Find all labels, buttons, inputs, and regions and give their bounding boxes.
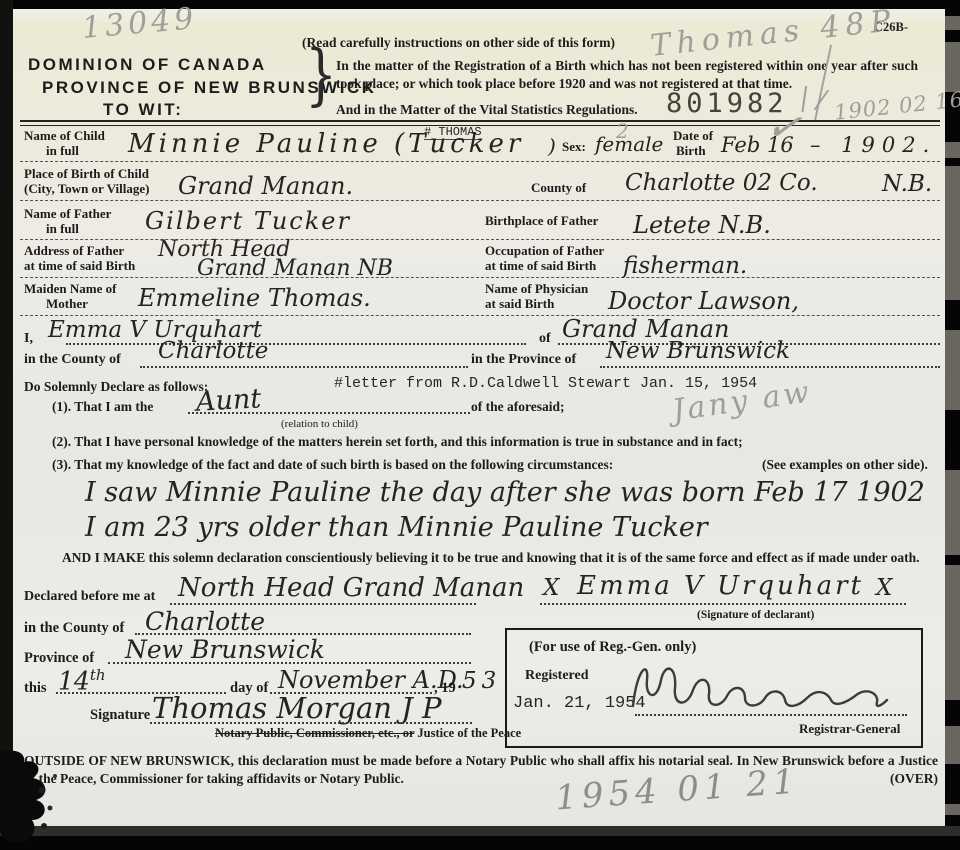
father-address-label2: at time of said Birth <box>24 258 135 274</box>
item3-text: (3). That my knowledge of the fact and d… <box>52 456 613 474</box>
of-label: of <box>539 331 551 347</box>
film-band <box>945 300 960 330</box>
over-label: (OVER) <box>890 770 938 788</box>
writing-line <box>170 603 476 605</box>
birthplace-value: Grand Manan. <box>178 172 353 200</box>
signature-x-right: X <box>876 575 892 601</box>
row-separator <box>20 161 940 162</box>
header-country: DOMINION OF CANADA <box>28 55 267 75</box>
writing-line <box>600 366 940 368</box>
father-occupation-label: Occupation of Father <box>485 243 604 259</box>
county-of-label: in the County of <box>24 352 121 368</box>
film-band <box>945 700 960 726</box>
item1-prefix: (1). That I am the <box>52 398 153 416</box>
circumstance-line1: I saw Minnie Pauline the day after she w… <box>85 477 925 508</box>
county-value2: N.B. <box>882 171 932 197</box>
matter-paragraph-2: And in the Matter of the Vital Statistic… <box>336 101 638 119</box>
registered-label: Registered <box>525 667 589 685</box>
officer-caption: Notary Public, Commissioner, etc., or Ju… <box>215 726 521 741</box>
county-value: Charlotte 02 Co. <box>625 170 818 196</box>
dob-label: Date of <box>673 128 713 144</box>
circumstance-line2: I am 23 yrs older than Minnie Pauline Tu… <box>85 512 708 543</box>
declared-before-label: Declared before me at <box>24 589 155 605</box>
jp-signature: Thomas Morgan J P <box>152 691 442 725</box>
father-birthplace-value: Letete N.B. <box>633 211 771 239</box>
film-edge-bottom-grey <box>0 826 960 836</box>
writing-line <box>635 714 907 716</box>
registrar-box: (For use of Reg.-Gen. only) Registered J… <box>505 628 923 748</box>
sex-value: female <box>595 132 663 156</box>
writing-line <box>66 343 526 345</box>
attest-province-value: New Brunswick <box>125 635 325 664</box>
this-label: this <box>24 680 47 697</box>
birthplace-label: Place of Birth of Child <box>24 166 149 182</box>
matter-paragraph-1: In the matter of the Registration of a B… <box>336 57 918 92</box>
ink-blot <box>0 746 74 850</box>
typed-reference: #letter from R.D.Caldwell Stewart Jan. 1… <box>334 375 757 392</box>
film-band <box>945 0 960 16</box>
oath-text: AND I MAKE this solemn declaration consc… <box>24 549 938 567</box>
signature-x-left: X <box>543 575 559 601</box>
day-value: 14th <box>58 666 106 695</box>
writing-line <box>108 662 471 664</box>
attest-province-label: Province of <box>24 650 94 667</box>
mother-name-label: Maiden Name of <box>24 281 116 297</box>
registrar-signature-scrawl <box>625 658 891 714</box>
child-name-label2: in full <box>46 143 79 159</box>
writing-line <box>188 412 470 414</box>
physician-value: Doctor Lawson, <box>608 287 799 315</box>
film-band <box>945 158 960 166</box>
sex-label: Sex: <box>562 139 586 155</box>
mother-name-value: Emmeline Thomas. <box>138 284 371 312</box>
header-to-wit: TO WIT: <box>103 100 183 120</box>
film-band <box>945 764 960 804</box>
brace-glyph: } <box>305 44 337 106</box>
declared-place-value: North Head Grand Manan <box>178 573 524 603</box>
read-note: (Read carefully instructions on other si… <box>302 34 615 52</box>
item2-text: (2). That I have personal knowledge of t… <box>52 433 743 451</box>
item3-note: (See examples on other side). <box>762 456 928 474</box>
film-edge-bottom <box>0 836 960 850</box>
father-occupation-label2: at time of said Birth <box>485 258 596 274</box>
attest-county-label: in the County of <box>24 620 124 637</box>
declarant-county-value: Charlotte <box>158 338 268 364</box>
father-birthplace-label: Birthplace of Father <box>485 213 598 229</box>
day-suffix: th <box>90 666 106 684</box>
film-band <box>945 410 960 470</box>
writing-line <box>140 366 468 368</box>
birth-registration-form-scan: 13049 DOMINION OF CANADA PROVINCE OF NEW… <box>0 0 960 850</box>
physician-label: Name of Physician <box>485 281 588 297</box>
row-separator <box>20 277 940 278</box>
reg-box-title: (For use of Reg.-Gen. only) <box>529 639 696 657</box>
province-of-label: in the Province of <box>471 352 576 368</box>
officer-caption-struck: Notary Public, Commissioner, etc., or <box>215 726 414 740</box>
footer-notice: OUTSIDE OF NEW BRUNSWICK, this declarati… <box>24 752 938 788</box>
row-separator <box>20 315 940 316</box>
registrar-general-caption: Registrar-General <box>799 720 900 738</box>
child-name-paren: ) <box>548 134 556 158</box>
father-name-value: Gilbert Tucker <box>145 207 351 235</box>
father-name-label: Name of Father <box>24 206 111 222</box>
i-label: I, <box>24 331 33 347</box>
item1-suffix: of the aforesaid; <box>471 398 565 416</box>
physician-label2: at said Birth <box>485 296 554 312</box>
writing-line <box>540 603 906 605</box>
child-name-value: Minnie Pauline (Tucker <box>128 129 524 159</box>
dob-label2: Birth <box>676 143 706 159</box>
declare-heading: Do Solemnly Declare as follows: <box>24 378 208 396</box>
signature-of-declarant-caption: (Signature of declarant) <box>697 609 814 621</box>
father-address-line2: Grand Manan NB <box>197 256 393 281</box>
film-band <box>945 30 960 42</box>
mother-name-label2: Mother <box>46 296 88 312</box>
writing-line <box>150 722 472 724</box>
father-occupation-value: fisherman. <box>623 253 747 279</box>
film-edge-right <box>945 0 960 850</box>
signature-label: Signature <box>90 707 150 724</box>
declarant-province-value: New Brunswick <box>606 338 790 364</box>
day-number: 14 <box>58 666 90 695</box>
attest-county-value: Charlotte <box>145 607 265 636</box>
county-label: County of <box>531 180 586 196</box>
dob-year-value: – 1902. <box>810 133 936 157</box>
declarant-signature: Emma V Urquhart <box>577 571 864 601</box>
film-band <box>945 555 960 565</box>
film-edge-left <box>0 0 13 850</box>
child-name-label: Name of Child <box>24 128 105 144</box>
birthplace-label2: (City, Town or Village) <box>24 181 149 197</box>
year-value: 53 <box>462 668 501 694</box>
relation-caption: (relation to child) <box>281 418 358 430</box>
father-address-label: Address of Father <box>24 243 124 259</box>
pencil-sex-number: 2 <box>616 119 629 143</box>
father-name-label2: in full <box>46 221 79 237</box>
row-separator <box>20 200 940 201</box>
